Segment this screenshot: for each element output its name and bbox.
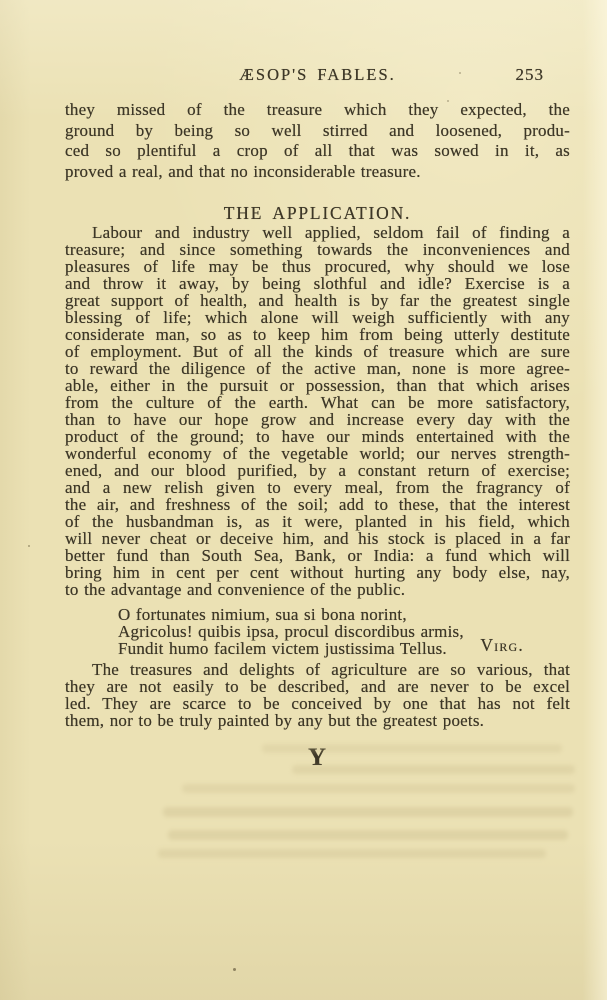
text-line: than to have our hope grow and increase … [65,411,570,428]
text-line: of employment. But of all the kinds of t… [65,343,570,360]
paper-speck [233,968,236,971]
text-line: to the advantage and convenience of the … [65,581,570,598]
text-line: ground by being so well stirred and loos… [65,121,570,142]
text-line: the air, and freshness of the soil; add … [65,496,570,513]
page-number: 253 [516,64,545,86]
paper-speck [447,100,449,102]
running-header: ÆSOP'S FABLES. 253 [65,64,570,86]
paper-speck [459,72,461,74]
bleedthrough-text-line [262,744,562,753]
application-paragraph: Labour and industry well applied, seldom… [65,224,570,598]
intro-paragraph: they missed of the treasure which they e… [65,100,570,182]
text-line: and a new relish given to every meal, fr… [65,479,570,496]
text-line: of the husbandman is, as it were, plante… [65,513,570,530]
text-line: great support of health, and health is b… [65,292,570,309]
closing-paragraph: The treasures and delights of agricultur… [65,661,570,729]
text-line: ced so plentiful a crop of all that was … [65,141,570,162]
text-line: O fortunates nimium, sua si bona norint, [118,606,570,623]
bleedthrough-text-line [168,830,568,840]
bleedthrough-text-line [158,849,546,858]
verse-attribution: Virg. [480,635,524,656]
text-line: them, nor to be truly painted by any but… [65,712,570,729]
text-line: from the culture of the earth. What can … [65,394,570,411]
paper-speck [28,545,30,547]
text-line: The treasures and delights of agricultur… [65,661,570,678]
running-head-title: ÆSOP'S FABLES. [65,64,570,86]
text-line: product of the ground; to have our minds… [65,428,570,445]
text-line: Labour and industry well applied, seldom… [65,224,570,241]
text-line: to reward the diligence of the active ma… [65,360,570,377]
text-line: they missed of the treasure which they e… [65,100,570,121]
text-line: able, either in the pursuit or possessio… [65,377,570,394]
bleedthrough-text-line [182,784,575,793]
text-line: considerate man, so as to keep him from … [65,326,570,343]
text-line: pleasures of life may be thus procured, … [65,258,570,275]
bleedthrough-text-line [292,765,575,774]
text-line: better fund than South Sea, Bank, or Ind… [65,547,570,564]
text-line: proved a real, and that no inconsiderabl… [65,162,570,183]
text-line: and throw it away, by being slothful and… [65,275,570,292]
text-line: led. They are scarce to be conceived by … [65,695,570,712]
text-line: they are not easily to be described, and… [65,678,570,695]
text-line: treasure; and since something towards th… [65,241,570,258]
text-line: will never cheat or deceive him, and his… [65,530,570,547]
text-line: blessing of life; which alone will weigh… [65,309,570,326]
book-page: ÆSOP'S FABLES. 253 they missed of the tr… [0,0,607,1000]
text-line: ened, and our blood purified, by a const… [65,462,570,479]
application-heading: THE APPLICATION. [65,203,570,223]
bleedthrough-text-line [163,807,573,817]
verse-quote: O fortunates nimium, sua si bona norint,… [65,606,570,657]
text-line: wonderful economy of the vegetable world… [65,445,570,462]
text-line: bring him in cent per cent without hurti… [65,564,570,581]
page-content: they missed of the treasure which they e… [65,100,570,771]
